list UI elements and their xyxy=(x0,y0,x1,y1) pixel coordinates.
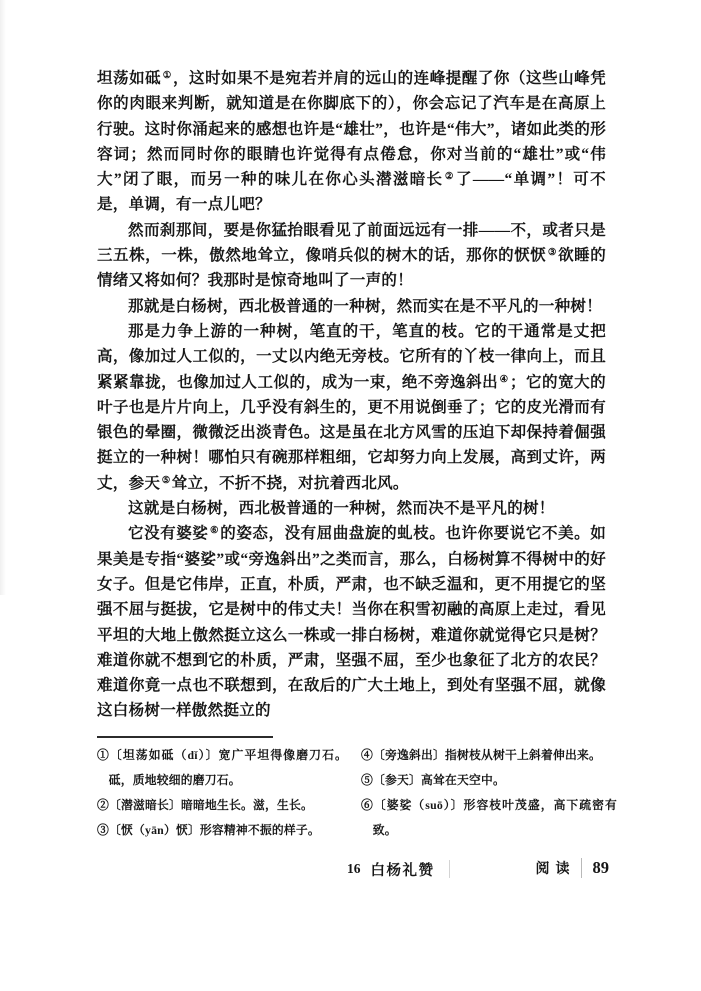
footer-divider xyxy=(581,858,582,878)
footer-divider xyxy=(449,860,450,878)
footnote-marker: ② xyxy=(443,172,456,182)
section-label: 阅读 xyxy=(536,858,576,878)
footnote-divider-rule xyxy=(97,736,273,738)
footer-page-group: 阅读 89 xyxy=(536,854,610,882)
paragraph: 然而刹那间，要是你猛抬眼看见了前面远远有一排——不，或者只是三五株，一株，傲然地… xyxy=(97,218,606,294)
footnote-item: ①〔坦荡如砥（dǐ）〕宽广平坦得像磨刀石。砥，质地较细的磨刀石。 xyxy=(97,743,347,793)
footnote-marker: ④ xyxy=(498,375,510,385)
footnotes-section: ①〔坦荡如砥（dǐ）〕宽广平坦得像磨刀石。砥，质地较细的磨刀石。②〔潜滋暗长〕暗… xyxy=(97,743,617,843)
lesson-title: 白杨礼赞 xyxy=(371,859,435,880)
footnotes-right-column: ④〔旁逸斜出〕指树枝从树干上斜着伸出来。⑤〔参天〕高耸在天空中。⑥〔婆娑（suō… xyxy=(361,743,617,843)
footnote-item: ⑥〔婆娑（suō）〕形容枝叶茂盛，高下疏密有致。 xyxy=(361,793,617,843)
footnote-item: ⑤〔参天〕高耸在天空中。 xyxy=(361,768,617,793)
paragraph: 那是力争上游的一种树，笔直的干，笔直的枝。它的干通常是丈把高，像加过人工似的，一… xyxy=(97,319,606,496)
lesson-body-text: 坦荡如砥①，这时如果不是宛若并肩的远山的连峰提醒了你（这些山峰凭你的肉眼来判断，… xyxy=(97,66,606,724)
paragraph: 它没有婆娑⑥的姿态，没有屈曲盘旋的虬枝。也许你要说它不美。如果美是专指“婆娑”或… xyxy=(97,521,606,723)
textbook-page: 坦荡如砥①，这时如果不是宛若并肩的远山的连峰提醒了你（这些山峰凭你的肉眼来判断，… xyxy=(0,0,701,991)
footnote-marker: ⑤ xyxy=(160,476,172,486)
footnote-item: ②〔潜滋暗长〕暗暗地生长。滋，生长。 xyxy=(97,793,347,818)
footer-lesson-group: 16 白杨礼赞 xyxy=(347,856,450,882)
lesson-number: 16 xyxy=(347,861,361,877)
footnote-item: ④〔旁逸斜出〕指树枝从树干上斜着伸出来。 xyxy=(361,743,617,768)
footnote-marker: ① xyxy=(161,71,173,81)
paragraph: 这就是白杨树，西北极普通的一种树，然而决不是平凡的树！ xyxy=(97,496,606,521)
footnotes-left-column: ①〔坦荡如砥（dǐ）〕宽广平坦得像磨刀石。砥，质地较细的磨刀石。②〔潜滋暗长〕暗… xyxy=(97,743,347,843)
paragraph: 那就是白杨树，西北极普通的一种树，然而实在是不平凡的一种树！ xyxy=(97,294,606,319)
page-number: 89 xyxy=(593,858,610,878)
paragraph: 坦荡如砥①，这时如果不是宛若并肩的远山的连峰提醒了你（这些山峰凭你的肉眼来判断，… xyxy=(97,66,606,218)
footnote-marker: ⑥ xyxy=(208,526,220,536)
footnote-marker: ③ xyxy=(546,248,558,258)
footnote-item: ③〔恹（yān）恹〕形容精神不振的样子。 xyxy=(97,818,347,843)
